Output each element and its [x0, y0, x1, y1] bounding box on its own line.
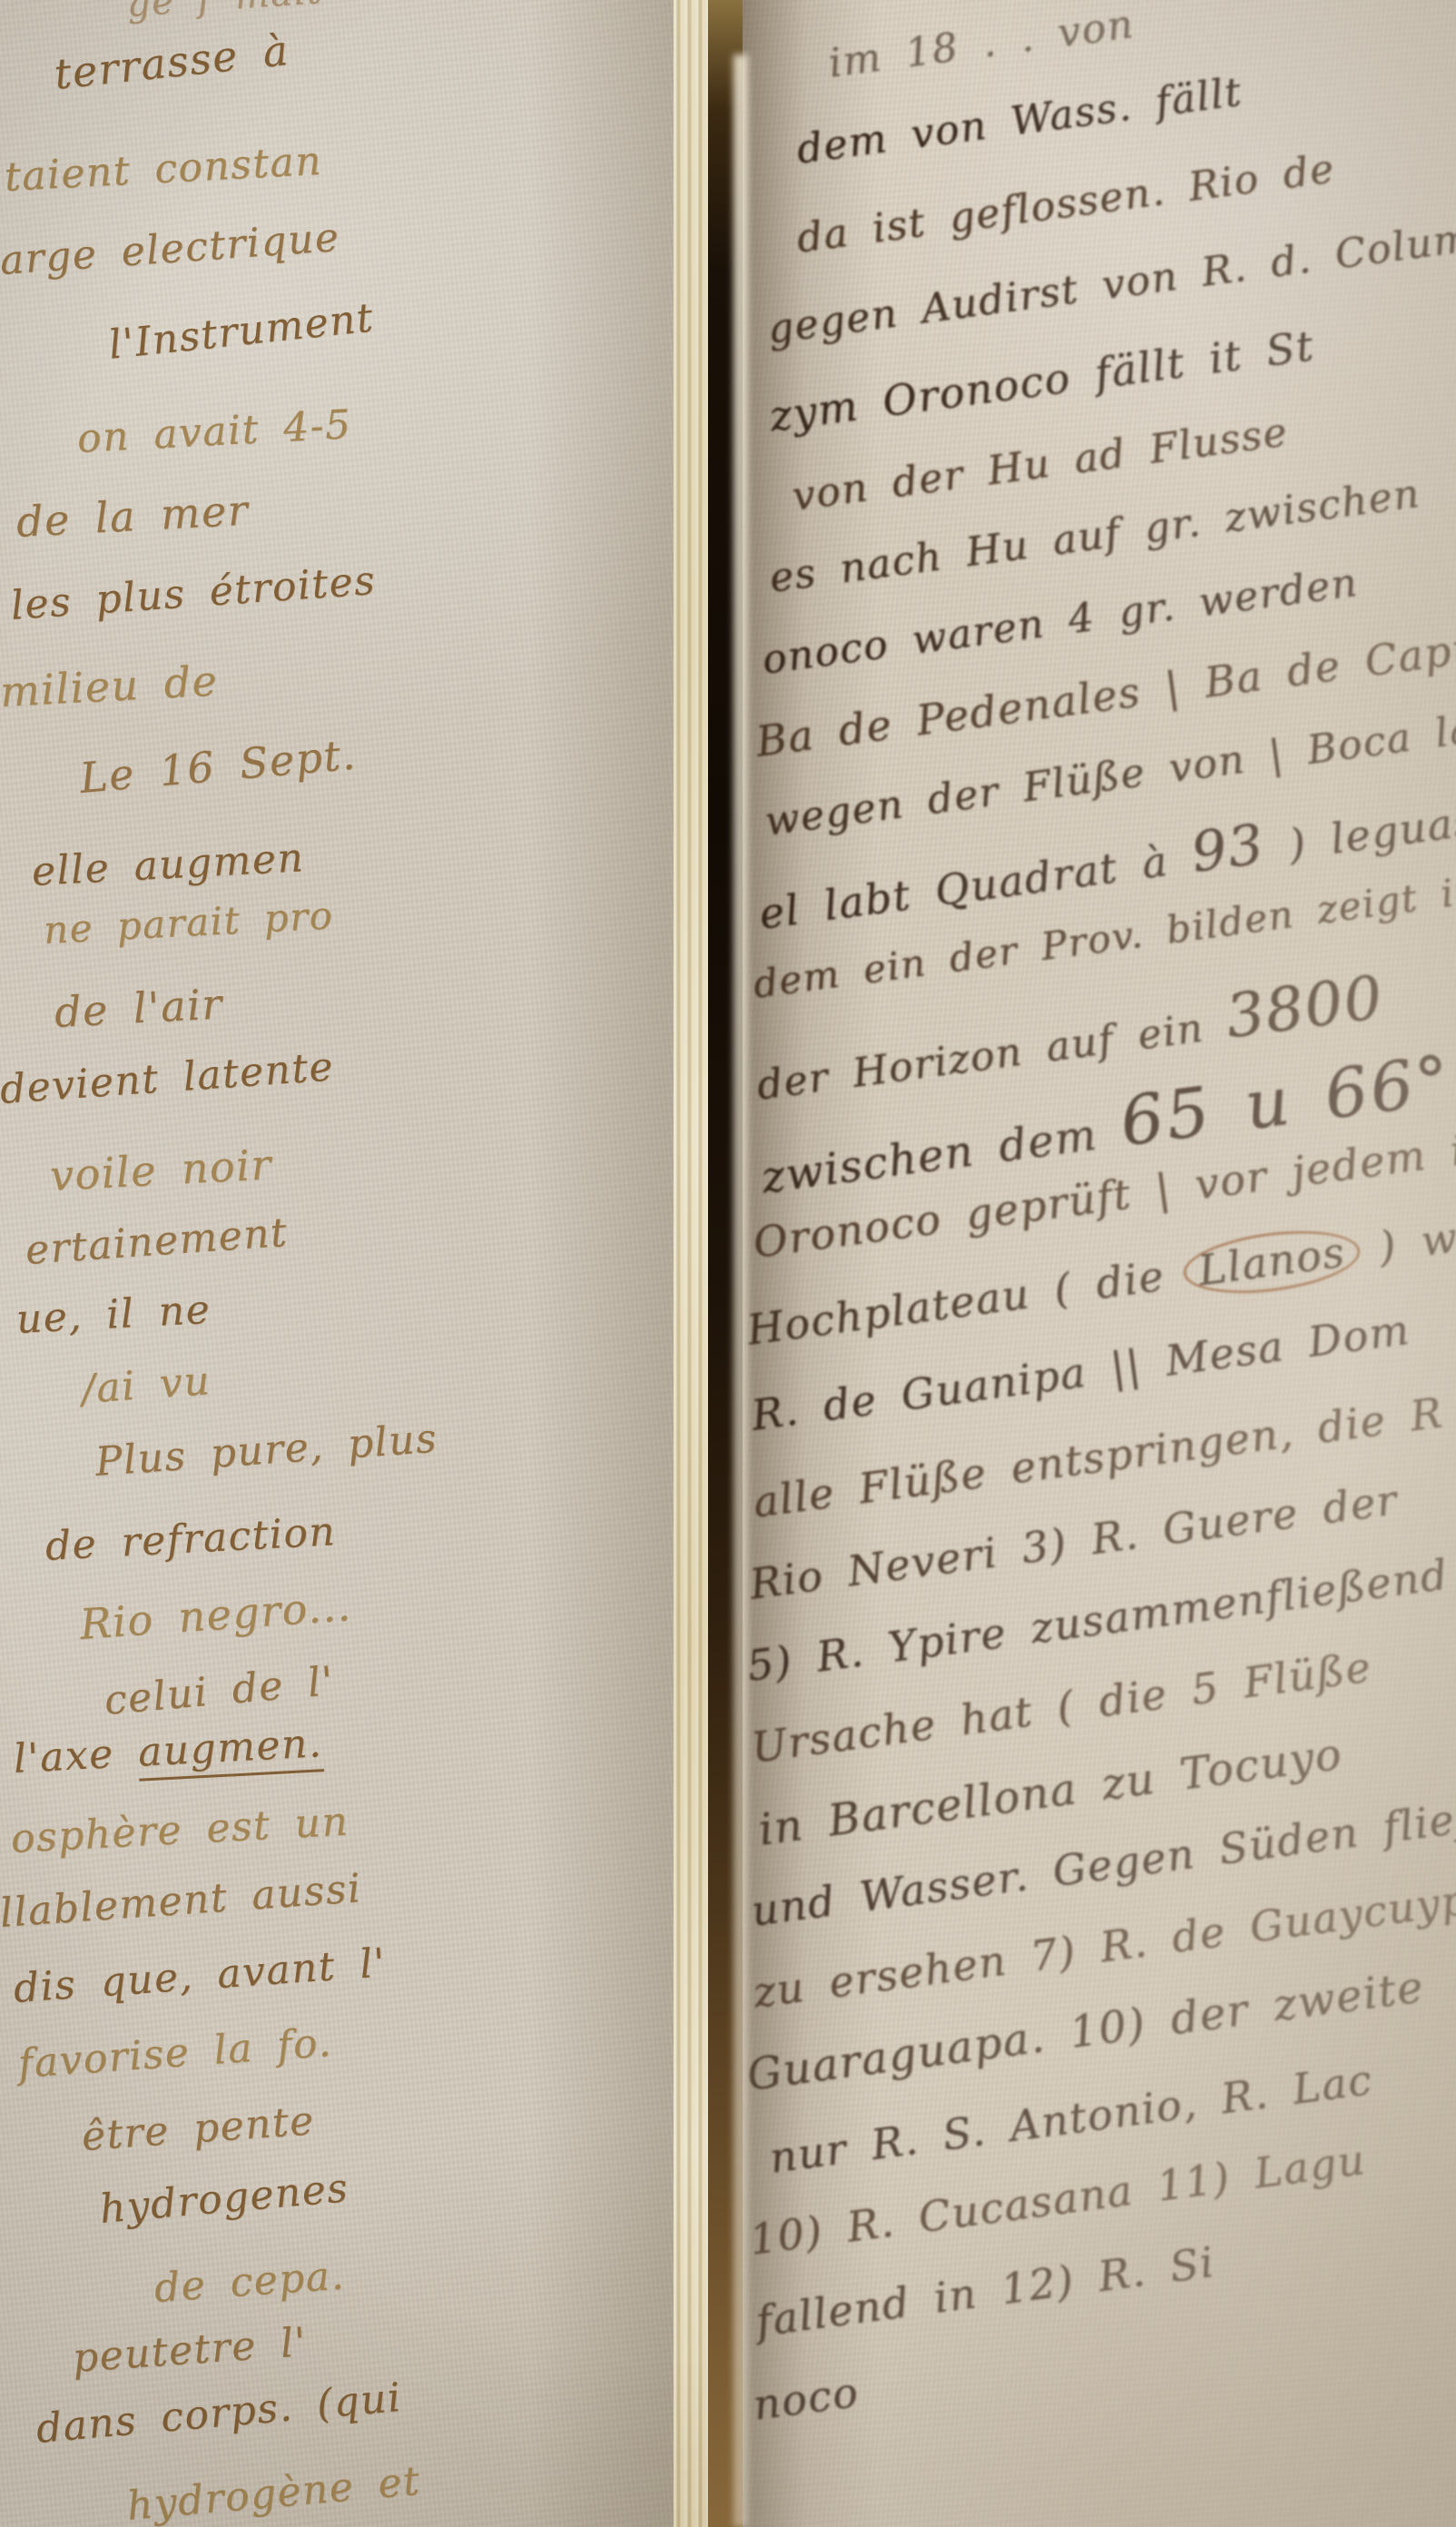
- manuscript-line: Plus pure, plus: [93, 1416, 438, 1486]
- manuscript-line: osphère est un: [10, 1799, 350, 1862]
- manuscript-line: terrasse à: [52, 25, 291, 99]
- manuscript-line: être pente: [80, 2098, 316, 2160]
- manuscript-line: de cepa.: [152, 2252, 346, 2312]
- binding-fold-paper: [674, 0, 710, 2527]
- manuscript-line: devient latente: [0, 1043, 336, 1113]
- manuscript-line: l'Instrument: [106, 294, 376, 368]
- manuscript-line: ue, il ne: [15, 1287, 212, 1343]
- manuscript-line: peutetre l': [71, 2319, 309, 2382]
- manuscript-line: taient constan: [4, 138, 324, 201]
- manuscript-line: de l'air: [54, 979, 224, 1037]
- right-page-text: im 18 . . vondem von Wass. fälltda ist g…: [743, 0, 1456, 2527]
- manuscript-line: ertainement: [24, 1209, 290, 1274]
- manuscript-line: im 18 . . von: [826, 1, 1137, 87]
- manuscript-line: l'axe augmen.: [13, 1720, 324, 1782]
- manuscript-line: arge electrique: [0, 214, 341, 284]
- left-page: ge ſ maitterrasse àtaient constanarge el…: [0, 0, 679, 2527]
- manuscript-line: llablement aussi: [0, 1865, 363, 1937]
- manuscript-line: dans corps. (qui: [34, 2374, 404, 2453]
- manuscript-line: de la mer: [15, 486, 251, 547]
- manuscript-line: milieu de: [0, 656, 219, 716]
- manuscript-line: de refraction: [44, 1508, 338, 1570]
- manuscript-line: favorise la fo.: [16, 2019, 333, 2088]
- manuscript-line: elle augmen: [31, 834, 306, 895]
- page-deckle-edge: [733, 54, 748, 2527]
- manuscript-line: hydrogenes: [98, 2165, 350, 2233]
- manuscript-line: Rio negro...: [78, 1581, 353, 1649]
- manuscript-line: voile noir: [49, 1140, 273, 1200]
- manuscript-line: les plus étroites: [9, 558, 378, 629]
- manuscript-line: hydrogène et: [125, 2458, 422, 2527]
- manuscript-line: ge ſ mait: [125, 0, 323, 25]
- manuscript-line: on avait 4-5: [76, 401, 353, 462]
- left-page-text: ge ſ maitterrasse àtaient constanarge el…: [0, 0, 679, 2527]
- manuscript-line: dem von Wass. fällt: [794, 69, 1245, 173]
- manuscript-photo: ge ſ maitterrasse àtaient constanarge el…: [0, 0, 1456, 2527]
- manuscript-line: /ai vu: [80, 1357, 212, 1413]
- manuscript-line: noco: [750, 2367, 861, 2430]
- manuscript-line: dis que, avant l': [12, 1940, 388, 2012]
- manuscript-line: ne parait pro: [43, 893, 335, 953]
- manuscript-line: celui de l': [103, 1658, 336, 1724]
- right-page: im 18 . . vondem von Wass. fälltda ist g…: [743, 0, 1456, 2527]
- manuscript-line: Le 16 Sept.: [78, 729, 359, 802]
